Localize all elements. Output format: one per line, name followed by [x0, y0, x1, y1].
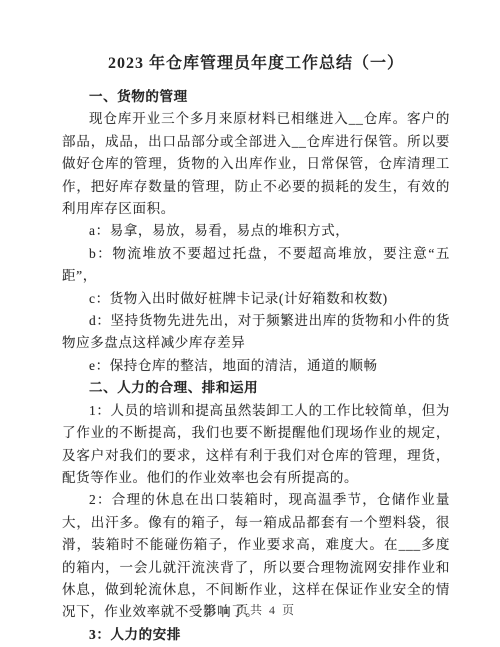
document-page: 2023 年仓库管理员年度工作总结（一） 一、货物的管理 现仓库开业三个多月来原… [0, 0, 500, 647]
section-heading-manpower: 二、人力的合理、排和运用 [62, 377, 450, 399]
list-item-c: c：货物入出时做好桩牌卡记录(计好箱数和枚数) [62, 288, 450, 310]
list-item-b: b：物流堆放不要超过托盘，不要超高堆放，要注意“五距”， [62, 243, 450, 288]
list-item-e: e：保持仓库的整洁，地面的清洁，通道的顺畅 [62, 355, 450, 377]
section-heading-manpower-arrangement: 3：人力的安排 [62, 624, 450, 646]
list-item-a: a：易拿，易放，易看，易点的堆积方式， [62, 220, 450, 242]
paragraph-training: 1：人员的培训和提高虽然装卸工人的工作比较简单，但为了作业的不断提高，我们也要不… [62, 400, 450, 490]
page-footer: 第 1 页共 4 页 [0, 601, 500, 618]
document-body: 2023 年仓库管理员年度工作总结（一） 一、货物的管理 现仓库开业三个多月来原… [62, 50, 450, 646]
paragraph-warehouse-intro: 现仓库开业三个多月来原材料已相继进入__仓库。客户的部品，成品，出口品部分或全部… [62, 108, 450, 220]
section-heading-goods-management: 一、货物的管理 [62, 86, 450, 108]
list-item-d: d：坚持货物先进先出，对于频繁进出库的货物和小件的货物应多盘点这样减少库存差异 [62, 310, 450, 355]
document-title: 2023 年仓库管理员年度工作总结（一） [62, 50, 450, 78]
